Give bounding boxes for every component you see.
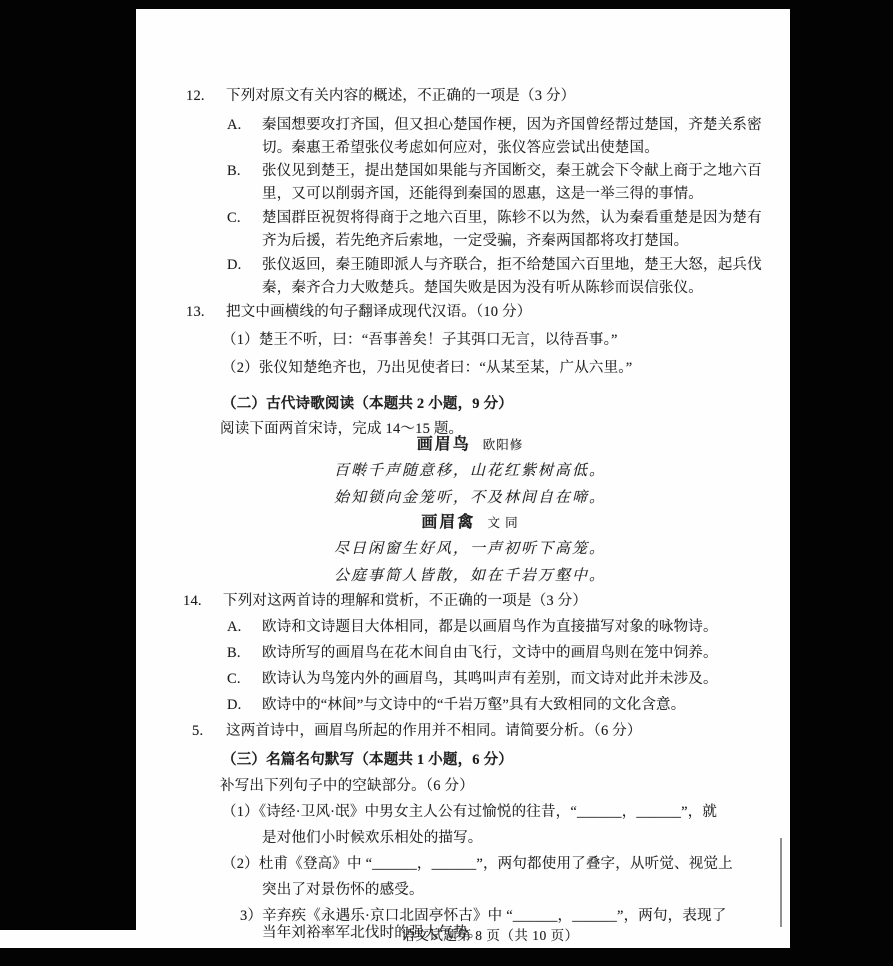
- q14-option-a: A.欧诗和文诗题目大体相同，都是以画眉鸟作为直接描写对象的咏物诗。: [227, 619, 718, 636]
- q14-option-d: D.欧诗中的“林间”与文诗中的“千岩万壑”具有大致相同的文化含意。: [227, 697, 685, 714]
- scan-backdrop-bottom: [0, 948, 893, 966]
- section3-item-1-text: 《诗经·卫风·氓》中男女主人公有过愉悦的往昔，“______，______”，就: [259, 804, 717, 820]
- q14-option-c-text: 欧诗认为鸟笼内外的画眉鸟，其鸣叫声有差别，而文诗对此并未涉及。: [262, 671, 718, 687]
- q12-option-d-line2: 秦，秦齐合力大败楚兵。楚国失败是因为没有听从陈轸而误信张仪。: [262, 280, 703, 297]
- section3-item-1-line2: 是对他们小时候欢乐相处的描写。: [262, 830, 483, 847]
- section3-item-2-text: 杜甫《登高》中 “______，______”，两句都使用了叠字，从听觉、视觉上: [259, 856, 733, 872]
- q12-option-a-text: 秦国想要攻打齐国，但又担心楚国作梗，因为齐国曾经帮过楚国，齐楚关系密: [262, 117, 762, 133]
- q13-item-1-text: 楚王不听，曰：“吾事善矣！子其弭口无言，以待吾事。”: [259, 332, 618, 348]
- q12-option-a-line2: 切。秦惠王希望张仪考虑如何应对，张仪答应尝试出使楚国。: [262, 140, 659, 157]
- q12-number: 12.: [186, 88, 226, 105]
- q14-option-c: C.欧诗认为鸟笼内外的画眉鸟，其鸣叫声有差别，而文诗对此并未涉及。: [227, 671, 718, 688]
- poem2-author: 文 同: [487, 516, 518, 530]
- q14-number: 14.: [183, 593, 223, 610]
- poem1-line1: 百啭千声随意移，山花红紫树高低。: [150, 462, 790, 480]
- q12-option-c-line2: 齐为后援，若先绝齐后索地，一定受骗，齐秦两国都将攻打楚国。: [262, 233, 688, 250]
- q12-option-d-label: D.: [227, 257, 262, 274]
- poem2-title-line: 画眉禽文 同: [150, 513, 790, 532]
- q14-option-a-label: A.: [227, 619, 262, 636]
- poem2-title: 画眉禽: [421, 514, 475, 531]
- q14-option-a-text: 欧诗和文诗题目大体相同，都是以画眉鸟作为直接描写对象的咏物诗。: [262, 619, 718, 635]
- q12-option-c-line1: C.楚国群臣祝贺将得商于之地六百里，陈轸不以为然，认为秦看重楚是因为楚有: [227, 210, 762, 227]
- scan-crease-line: [780, 838, 782, 927]
- section3-item-1-line1: （1）《诗经·卫风·氓》中男女主人公有过愉悦的往昔，“______，______…: [222, 804, 717, 821]
- section3-heading: （三）名篇名句默写（本题共 1 小题，6 分）: [222, 752, 513, 769]
- q15-stem-line: 5.这两首诗中，画眉鸟所起的作用并不相同。请简要分析。（6 分）: [192, 723, 642, 740]
- poem2-line2: 公庭事简人皆散，如在千岩万壑中。: [150, 567, 790, 585]
- q14-stem: 下列对这两首诗的理解和赏析，不正确的一项是（3 分）: [223, 593, 587, 609]
- q13-item-2-label: （2）: [222, 360, 259, 376]
- q13-number: 13.: [186, 304, 226, 321]
- q12-option-b-label: B.: [227, 163, 262, 180]
- q15-number: 5.: [192, 723, 226, 740]
- q13-stem-line: 13.把文中画横线的句子翻译成现代汉语。（10 分）: [186, 304, 531, 321]
- q14-option-c-label: C.: [227, 671, 262, 688]
- poem1-title: 画眉鸟: [417, 436, 471, 453]
- q12-option-a-label: A.: [227, 117, 262, 134]
- section2-heading: （二）古代诗歌阅读（本题共 2 小题，9 分）: [222, 396, 513, 413]
- section3-item-2-line2: 突出了对景伤怀的感受。: [262, 882, 424, 899]
- q15-stem: 这两首诗中，画眉鸟所起的作用并不相同。请简要分析。（6 分）: [226, 723, 642, 739]
- q13-item-2: （2）张仪知楚绝齐也，乃出见使者曰：“从某至某，广从六里。”: [222, 360, 632, 377]
- q14-option-b: B.欧诗所写的画眉鸟在花木间自由飞行，文诗中的画眉鸟则在笼中饲养。: [227, 645, 718, 662]
- q14-option-b-label: B.: [227, 645, 262, 662]
- q14-option-d-text: 欧诗中的“林间”与文诗中的“千岩万壑”具有大致相同的文化含意。: [262, 697, 685, 713]
- poem1-author: 欧阳修: [483, 438, 524, 452]
- q12-option-a-line1: A.秦国想要攻打齐国，但又担心楚国作梗，因为齐国曾经帮过楚国，齐楚关系密: [227, 117, 762, 134]
- q12-option-d-text: 张仪返回，秦王随即派人与齐联合，拒不给楚国六百里地，楚王大怒，起兵伐: [262, 257, 762, 273]
- page-footer: 语文试题第 8 页（共 10 页）: [170, 928, 810, 944]
- q12-stem-line: 12.下列对原文有关内容的概述，不正确的一项是（3 分）: [186, 88, 575, 105]
- scan-backdrop-right: [790, 0, 893, 966]
- section3-item-3-line1: 3）辛弃疾《永遇乐·京口北固亭怀古》中 “______，______”，两句，表…: [240, 908, 726, 925]
- q13-stem: 把文中画横线的句子翻译成现代汉语。（10 分）: [226, 304, 531, 320]
- q12-stem: 下列对原文有关内容的概述，不正确的一项是（3 分）: [226, 88, 575, 104]
- q12-option-b-line2: 里，又可以削弱齐国，还能得到秦国的恩惠，这是一举三得的事情。: [262, 186, 703, 203]
- q12-option-b-text: 张仪见到楚王，提出楚国如果能与齐国断交，秦王就会下令献上商于之地六百: [262, 163, 762, 179]
- q12-option-c-label: C.: [227, 210, 262, 227]
- q13-item-2-text: 张仪知楚绝齐也，乃出见使者曰：“从某至某，广从六里。”: [259, 360, 633, 376]
- q12-option-c-text: 楚国群臣祝贺将得商于之地六百里，陈轸不以为然，认为秦看重楚是因为楚有: [262, 210, 762, 226]
- q13-item-1-label: （1）: [222, 332, 259, 348]
- section3-item-2-line1: （2）杜甫《登高》中 “______，______”，两句都使用了叠字，从听觉、…: [222, 856, 733, 873]
- poem2-line1: 尽日闲窗生好风，一声初听下高笼。: [150, 540, 790, 558]
- section3-item-3-text: 辛弃疾《永遇乐·京口北固亭怀古》中 “______，______”，两句，表现了: [262, 908, 726, 924]
- q14-stem-line: 14.下列对这两首诗的理解和赏析，不正确的一项是（3 分）: [183, 593, 587, 610]
- section3-item-3-label: 3）: [240, 908, 262, 924]
- section3-intro: 补写出下列句子中的空缺部分。（6 分）: [220, 778, 474, 795]
- section3-item-1-label: （1）: [222, 804, 259, 820]
- q12-option-d-line1: D.张仪返回，秦王随即派人与齐联合，拒不给楚国六百里地，楚王大怒，起兵伐: [227, 257, 762, 274]
- section3-item-2-label: （2）: [222, 856, 259, 872]
- poem1-line2: 始知锁向金笼听，不及林间自在啼。: [150, 489, 790, 507]
- q14-option-d-label: D.: [227, 697, 262, 714]
- q12-option-b-line1: B.张仪见到楚王，提出楚国如果能与齐国断交，秦王就会下令献上商于之地六百: [227, 163, 762, 180]
- q14-option-b-text: 欧诗所写的画眉鸟在花木间自由飞行，文诗中的画眉鸟则在笼中饲养。: [262, 645, 718, 661]
- scan-backdrop-left: [0, 0, 136, 930]
- q13-item-1: （1）楚王不听，曰：“吾事善矣！子其弭口无言，以待吾事。”: [222, 332, 618, 349]
- poem1-title-line: 画眉鸟欧阳修: [150, 435, 790, 454]
- scanned-exam-page: 12.下列对原文有关内容的概述，不正确的一项是（3 分） A.秦国想要攻打齐国，…: [0, 0, 893, 966]
